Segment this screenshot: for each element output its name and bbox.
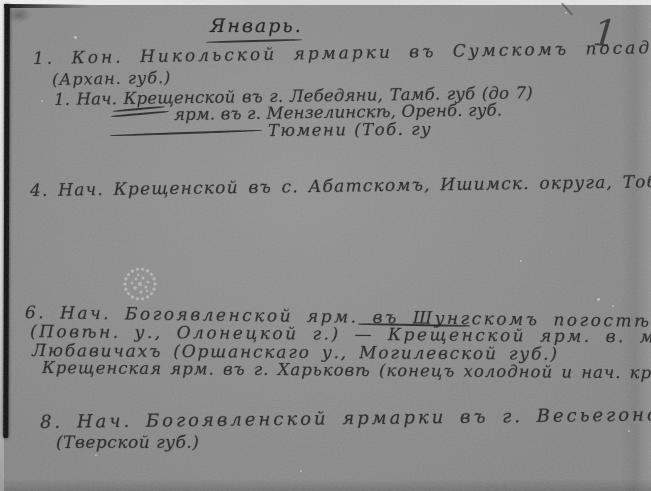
corner-shadow [7, 7, 67, 47]
manuscript-line-2: (Архан. губ.) [52, 68, 172, 89]
photo-edge-top [0, 0, 651, 5]
dust-speck [74, 36, 77, 39]
dust-speck [565, 12, 567, 14]
perforated-round-stamp-icon [121, 265, 159, 303]
manuscript-line-5: Тюмени (Тоб. гу [268, 120, 432, 140]
dust-speck [597, 298, 600, 301]
dust-speck [300, 470, 302, 472]
scanned-manuscript-page: Январь. 1 1. Кон. Никольской ярмарки въ … [0, 0, 651, 491]
bottom-edge-shading [0, 479, 651, 491]
manuscript-line-12: (Тверской губ.) [56, 433, 199, 453]
dust-speck [612, 305, 614, 307]
dust-speck [520, 260, 522, 262]
month-title-text: Январь. [210, 15, 303, 37]
dust-speck [628, 430, 630, 432]
dust-speck [41, 100, 43, 102]
dust-speck [95, 454, 97, 456]
